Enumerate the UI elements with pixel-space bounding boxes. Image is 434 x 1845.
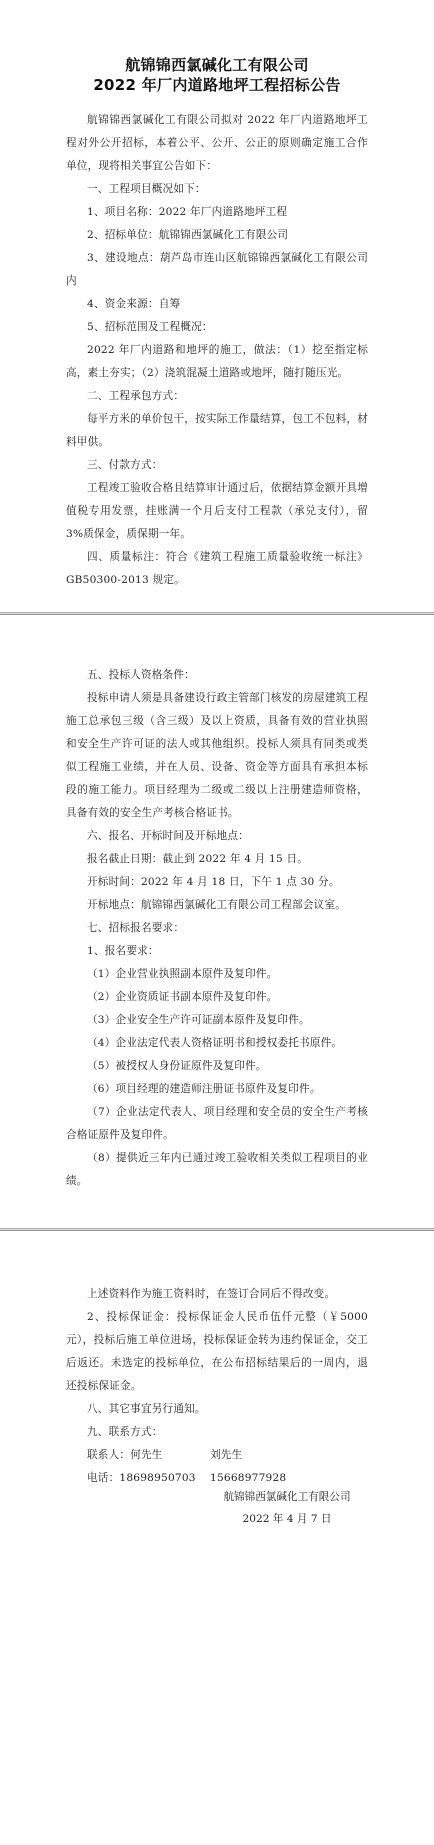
requirement-item: （2）企业资质证书副本原件及复印件。 <box>66 986 368 1009</box>
scope-heading: 5、招标范围及工程概况： <box>66 316 368 339</box>
section-heading-1: 一、工程项目概况如下： <box>66 178 368 201</box>
contract-paragraph: 每平方米的单价包干，按实际工作量结算，包工不包料，材料甲供。 <box>66 408 368 454</box>
section-heading-3: 三、付款方式： <box>66 454 368 477</box>
signature-company: 航锦锦西氯碱化工有限公司 <box>212 1486 362 1509</box>
qualification-paragraph: 投标申请人须是具备建设行政主管部门核发的房屋建筑工程施工总承包三级（含三级）及以… <box>66 687 368 825</box>
registration-deadline: 报名截止日期：截止到 2022 年 4 月 15 日。 <box>66 848 368 871</box>
section-heading-6: 六、报名、开标时间及开标地点： <box>66 825 368 848</box>
requirement-item: （3）企业安全生产许可证副本原件及复印件。 <box>66 1009 368 1032</box>
contact-person-2: 刘先生 <box>210 1444 242 1467</box>
tender-unit: 2、招标单位：航锦锦西氯碱化工有限公司 <box>66 224 368 247</box>
bid-bond-paragraph: 2、投标保证金：投标保证金人民币伍仟元整（￥5000 元），投标后施工单位进场，… <box>66 1306 368 1398</box>
section-heading-7: 七、招标报名要求： <box>66 917 368 940</box>
fund-source: 4、资金来源：自筹 <box>66 293 368 316</box>
section-heading-5: 五、投标人资格条件： <box>66 664 368 687</box>
page1-body: 航锦锦西氯碱化工有限公司拟对 2022 年厂内道路地坪工程对外公开招标，本着公平… <box>66 109 368 592</box>
intro-paragraph: 航锦锦西氯碱化工有限公司拟对 2022 年厂内道路地坪工程对外公开招标，本着公平… <box>66 109 368 178</box>
title-company: 航锦锦西氯碱化工有限公司 <box>0 56 434 75</box>
project-name: 1、项目名称：2022 年厂内道路地坪工程 <box>66 201 368 224</box>
title-notice: 2022 年厂内道路地坪工程招标公告 <box>0 76 434 95</box>
construction-site: 3、建设地点：葫芦岛市连山区航锦锦西氯碱化工有限公司内 <box>66 247 368 293</box>
requirement-item: （7）企业法定代表人、项目经理和安全员的安全生产考核合格证原件及复印件。 <box>66 1101 368 1147</box>
section-heading-9: 九、联系方式： <box>66 1421 368 1444</box>
section-heading-8: 八、其它事宜另行通知。 <box>66 1398 368 1421</box>
page-divider-1 <box>0 612 434 615</box>
opening-time: 开标时间：2022 年 4 月 18 日，下午 1 点 30 分。 <box>66 871 368 894</box>
requirement-item: （4）企业法定代表人资格证明书和授权委托书原件。 <box>66 1032 368 1055</box>
page3-body: 上述资料作为施工资料时，在签订合同后不得改变。 2、投标保证金：投标保证金人民币… <box>66 1283 368 1490</box>
section-heading-2: 二、工程承包方式： <box>66 385 368 408</box>
contact-person-1: 联系人：何先生 <box>87 1444 210 1467</box>
quality-paragraph: 四、质量标注：符合《建筑工程施工质量验收统一标注》GB50300-2013 规定… <box>66 546 368 592</box>
scope-paragraph: 2022 年厂内道路和地坪的施工，做法：（1）挖至指定标高，素土夯实；（2）浇筑… <box>66 339 368 385</box>
signature-date: 2022 年 4 月 7 日 <box>212 1508 362 1531</box>
requirement-item: （1）企业营业执照副本原件及复印件。 <box>66 963 368 986</box>
requirement-item: （5）被授权人身份证原件及复印件。 <box>66 1055 368 1078</box>
contact-persons-row: 联系人：何先生 刘先生 <box>66 1444 368 1467</box>
payment-paragraph: 工程竣工验收合格且结算审计通过后，依据结算金额开具增值税专用发票，挂账满一个月后… <box>66 477 368 546</box>
opening-location: 开标地点：航锦锦西氯碱化工有限公司工程部会议室。 <box>66 894 368 917</box>
requirement-item: （6）项目经理的建造师注册证书原件及复印件。 <box>66 1078 368 1101</box>
materials-note: 上述资料作为施工资料时，在签订合同后不得改变。 <box>66 1283 368 1306</box>
contact-phone-1: 电话：18698950703 <box>87 1467 210 1490</box>
page2-body: 五、投标人资格条件： 投标申请人须是具备建设行政主管部门核发的房屋建筑工程施工总… <box>66 664 368 1193</box>
registration-requirements-heading: 1、报名要求： <box>66 940 368 963</box>
requirement-item: （8）提供近三年内已通过竣工验收相关类似工程项目的业绩。 <box>66 1147 368 1193</box>
page-divider-2 <box>0 1228 434 1231</box>
